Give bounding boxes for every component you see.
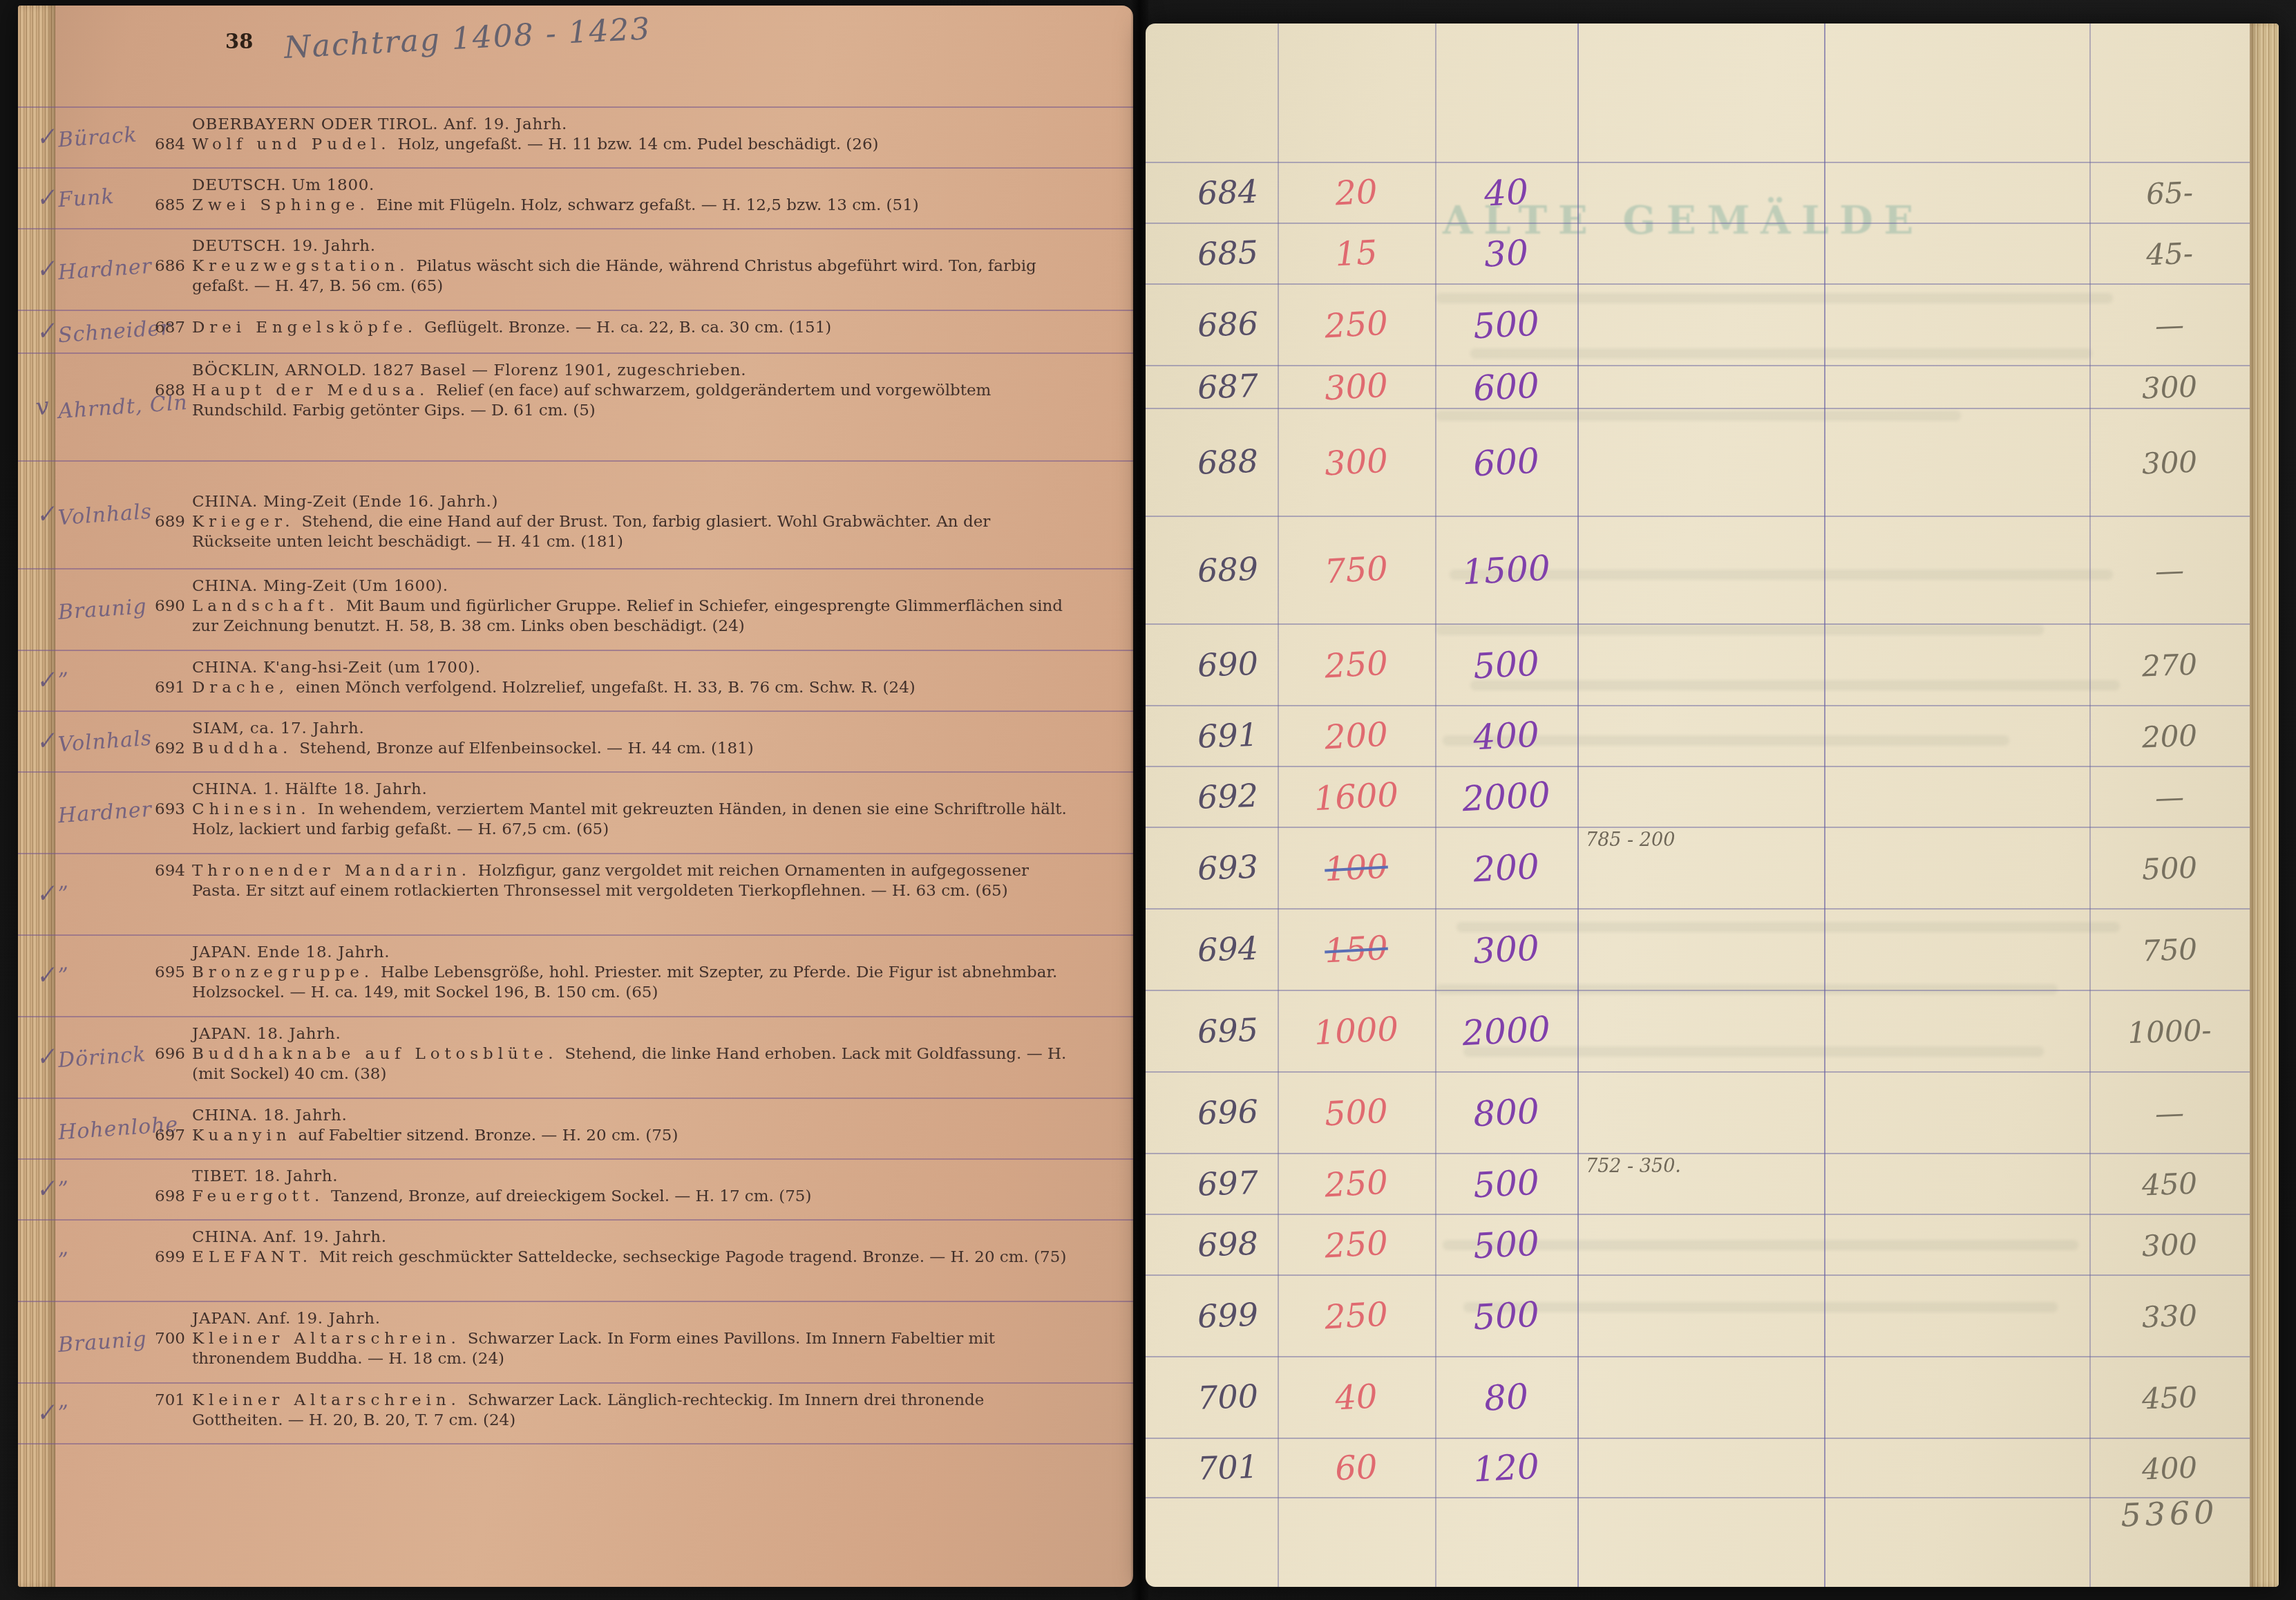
cell-price-red: 40 bbox=[1275, 1353, 1437, 1442]
price-red-value: 250 bbox=[1324, 304, 1389, 346]
check-mark: ✓ bbox=[35, 731, 57, 753]
cell-price-red: 250 bbox=[1276, 1211, 1436, 1279]
entry-heading: SIAM, ca. 17. Jahrh. bbox=[192, 719, 1070, 739]
margin-name-handwritten: ” bbox=[57, 1250, 70, 1271]
catalog-entry: ✓ ” 701 Kleiner Altarschrein.Schwarzer L… bbox=[18, 1384, 1133, 1444]
cell-price-purple: 600 bbox=[1432, 406, 1580, 520]
cell-pencil-result: 750 bbox=[2088, 907, 2251, 992]
check-mark: ✓ bbox=[35, 1178, 57, 1201]
catalog-entry: ✓ Schneider 687 Drei Engelsköpfe.Geflüge… bbox=[18, 311, 1133, 354]
cell-lot-number: 693 bbox=[1146, 826, 1279, 911]
cell-pencil-note bbox=[1580, 625, 1822, 705]
page-footer: 38 Nachtrag 1408 - 1423 bbox=[225, 21, 1133, 83]
entry-body: 696 Buddhaknabe auf Lotosblüte.Stehend, … bbox=[192, 1044, 1070, 1084]
cell-price-red: 20 bbox=[1276, 159, 1436, 227]
entry-text: einen Mönch verfolgend. Holzrelief, unge… bbox=[296, 679, 915, 697]
catalog-entry: v Ahrndt, Cln BÖCKLIN, ARNOLD. 1827 Base… bbox=[18, 354, 1133, 462]
entry-heading: CHINA. Ming-Zeit (Um 1600). bbox=[192, 576, 1070, 596]
cell-price-red: 1600 bbox=[1276, 763, 1436, 831]
catalog-entry: ✓ Dörinck JAPAN. 18. Jahrh. 696 Buddhakn… bbox=[18, 1017, 1133, 1099]
cell-lot-number: 687 bbox=[1146, 364, 1278, 411]
cell-lot-number: 686 bbox=[1146, 283, 1279, 368]
entry-text: Eine mit Flügeln. Holz, schwarz gefaßt. … bbox=[377, 196, 919, 214]
entry-heading: CHINA. K'ang-hsi-Zeit (um 1700). bbox=[192, 658, 1070, 678]
price-red-value: 15 bbox=[1334, 233, 1378, 274]
cell-pencil-result: 330 bbox=[2088, 1273, 2251, 1359]
entry-body: 699 ELEFANT.Mit reich geschmückter Satte… bbox=[192, 1248, 1070, 1268]
check-mark: ✓ bbox=[35, 258, 57, 281]
page-number: 38 bbox=[225, 30, 253, 53]
cell-lot-number: 690 bbox=[1146, 623, 1279, 708]
entry-heading: CHINA. Anf. 19. Jahrh. bbox=[192, 1227, 1070, 1248]
cell-price-red: 1000 bbox=[1275, 987, 1437, 1075]
cell-price-purple: 300 bbox=[1433, 906, 1579, 994]
price-red-value: 1600 bbox=[1313, 775, 1400, 818]
catalog-entry: Braunig JAPAN. Anf. 19. Jahrh. 700 Klein… bbox=[18, 1302, 1133, 1384]
entry-title: Drache, bbox=[192, 679, 289, 697]
ledger-total: 5360 bbox=[2088, 1475, 2250, 1552]
ledger-row: 690 250 500 270 bbox=[1146, 623, 2250, 705]
margin-name-handwritten: Hardner bbox=[57, 800, 153, 826]
cell-lot-number: 691 bbox=[1146, 704, 1278, 769]
entry-heading: CHINA. 1. Hälfte 18. Jahrh. bbox=[192, 780, 1070, 800]
entry-title: Bronzegruppe. bbox=[192, 963, 374, 981]
cell-lot-number: 694 bbox=[1146, 907, 1279, 992]
entry-heading: JAPAN. Anf. 19. Jahrh. bbox=[192, 1309, 1070, 1329]
price-red-value: 500 bbox=[1324, 1092, 1389, 1134]
entry-title: Haupt der Medusa. bbox=[192, 382, 429, 399]
check-mark: ✓ bbox=[35, 1046, 57, 1069]
ledger-row: 685 15 30 45- bbox=[1146, 223, 2250, 283]
entry-title: Kleiner Altarschrein. bbox=[192, 1391, 461, 1409]
price-red-value: 250 bbox=[1324, 644, 1389, 686]
margin-name-handwritten: Funk bbox=[57, 187, 115, 211]
price-red-value: 300 bbox=[1324, 366, 1389, 408]
cell-price-purple: 2000 bbox=[1434, 764, 1579, 831]
cell-pencil-note bbox=[1580, 910, 1822, 990]
cell-pencil-note bbox=[1580, 285, 1822, 365]
catalog-entry: ✓ ” 694 Thronender Mandarin.Holzfigur, g… bbox=[18, 854, 1133, 936]
price-red-value: 100 bbox=[1324, 847, 1389, 890]
price-red-value: 20 bbox=[1334, 172, 1378, 213]
lot-number: 699 bbox=[146, 1248, 185, 1268]
cell-pencil-note: 785 - 200 bbox=[1580, 828, 1822, 908]
lot-number: 695 bbox=[146, 963, 185, 983]
entry-body: 692 Buddha.Stehend, Bronze auf Elfenbein… bbox=[192, 739, 1070, 759]
lot-number: 688 bbox=[146, 381, 185, 401]
cell-lot-number: 700 bbox=[1146, 1355, 1279, 1440]
cell-price-red: 750 bbox=[1275, 513, 1438, 628]
cell-lot-number: 697 bbox=[1146, 1152, 1278, 1216]
entry-title: Krieger. bbox=[192, 513, 294, 531]
cell-pencil-result: — bbox=[2088, 282, 2251, 368]
book-scan: { "left_page": { "page_number": "38", "f… bbox=[0, 0, 2296, 1600]
lot-number: 696 bbox=[146, 1044, 185, 1064]
entry-body: 684 Wolf und Pudel.Holz, ungefaßt. — H. … bbox=[192, 135, 1070, 155]
entry-text: Holz, ungefaßt. — H. 11 bzw. 14 cm. Pude… bbox=[398, 135, 879, 153]
cell-pencil-result: 300 bbox=[2087, 406, 2251, 518]
cell-pencil-note: 752 - 350. bbox=[1580, 1154, 1822, 1214]
cell-price-purple: 500 bbox=[1434, 1151, 1579, 1218]
cell-price-purple: 2000 bbox=[1433, 988, 1579, 1075]
cell-pencil-result: 45- bbox=[2089, 221, 2251, 286]
cell-price-red: 250 bbox=[1275, 621, 1437, 709]
check-mark: ✓ bbox=[35, 187, 57, 210]
entry-body: 698 Feuergott.Tanzend, Bronze, auf dreie… bbox=[192, 1187, 1070, 1207]
cell-price-purple: 40 bbox=[1434, 160, 1579, 227]
lot-number: 697 bbox=[146, 1126, 185, 1146]
entry-body: 690 Landschaft.Mit Baum und figürlicher … bbox=[192, 596, 1070, 637]
entry-heading: DEUTSCH. 19. Jahrh. bbox=[192, 236, 1070, 256]
cell-price-purple: 500 bbox=[1434, 1212, 1579, 1279]
margin-name-handwritten: ” bbox=[57, 966, 70, 986]
cell-pencil-result: 450 bbox=[2089, 1151, 2251, 1216]
ledger-row: 684 20 40 65- bbox=[1146, 162, 2250, 223]
cell-price-red: 150 bbox=[1275, 905, 1437, 994]
ledger-row: 687 300 600 300 bbox=[1146, 365, 2250, 408]
entry-heading: JAPAN. 18. Jahrh. bbox=[192, 1024, 1070, 1044]
entry-body: 686 Kreuzwegstation.Pilatus wäscht sich … bbox=[192, 256, 1070, 297]
entry-body: 687 Drei Engelsköpfe.Geflügelt. Bronze. … bbox=[192, 318, 1070, 338]
cell-price-red: 200 bbox=[1276, 702, 1436, 770]
entry-heading: JAPAN. Ende 18. Jahrh. bbox=[192, 943, 1070, 963]
entry-title: Buddhaknabe auf Lotosblüte. bbox=[192, 1045, 558, 1063]
price-red-value: 250 bbox=[1324, 1224, 1389, 1266]
entry-title: Zwei Sphinge. bbox=[192, 196, 370, 214]
ledger-row: 692 1600 2000 — bbox=[1146, 766, 2250, 827]
cell-pencil-note bbox=[1580, 1357, 1822, 1438]
price-red-value: 250 bbox=[1324, 1295, 1389, 1337]
cell-price-purple: 600 bbox=[1434, 363, 1579, 412]
ledger-rows: 684 20 40 65- 685 15 30 45- 686 250 500 … bbox=[1146, 162, 2250, 1498]
cell-price-red: 300 bbox=[1277, 362, 1436, 412]
catalog-entry: ✓ ” CHINA. K'ang-hsi-Zeit (um 1700). 691… bbox=[18, 651, 1133, 712]
cell-price-purple: 800 bbox=[1433, 1069, 1579, 1157]
cell-pencil-result: — bbox=[2089, 764, 2251, 829]
cell-pencil-note bbox=[1580, 1215, 1822, 1274]
entry-text: Stehend, Bronze auf Elfenbeinsockel. — H… bbox=[299, 740, 754, 757]
ledger-row: 688 300 600 300 bbox=[1146, 408, 2250, 516]
ledger-row: 693 100 200 785 - 200 500 bbox=[1146, 827, 2250, 908]
catalog-entry: ✓ Volnhals CHINA. Ming-Zeit (Ende 16. Ja… bbox=[18, 462, 1133, 570]
lot-number: 691 bbox=[146, 678, 185, 698]
entry-title: Buddha. bbox=[192, 740, 292, 757]
cell-price-purple: 400 bbox=[1434, 703, 1579, 770]
check-mark: ✓ bbox=[35, 670, 57, 693]
ledger-page: ALTE GEMÄLDE 684 20 40 65- 685 15 30 bbox=[1146, 23, 2279, 1587]
cell-pencil-result: — bbox=[2088, 1070, 2251, 1156]
cell-lot-number: 699 bbox=[1146, 1274, 1279, 1359]
ledger-row: 697 250 500 752 - 350. 450 bbox=[1146, 1153, 2250, 1214]
lot-number: 685 bbox=[146, 196, 185, 216]
cell-pencil-result: 300 bbox=[2089, 1212, 2251, 1277]
catalog-entry-list: ✓ Bürack OBERBAYERN ODER TIROL. Anf. 19.… bbox=[18, 106, 1133, 1444]
lot-number: 701 bbox=[146, 1391, 185, 1411]
entry-text: In wehendem, verziertem Mantel mit gekre… bbox=[192, 800, 1067, 838]
entry-body: 695 Bronzegruppe.Halbe Lebensgröße, hohl… bbox=[192, 963, 1070, 1003]
lot-number: 687 bbox=[146, 318, 185, 338]
cell-price-purple: 500 bbox=[1433, 281, 1579, 369]
cell-pencil-result: 300 bbox=[2089, 364, 2250, 411]
cell-pencil-result: 65- bbox=[2089, 160, 2251, 225]
cell-lot-number: 688 bbox=[1146, 407, 1280, 518]
cell-price-red: 250 bbox=[1275, 1272, 1437, 1360]
entry-title: Feuergott. bbox=[192, 1187, 324, 1205]
entry-title: Kuanyin bbox=[192, 1127, 291, 1145]
cell-pencil-note bbox=[1580, 991, 1822, 1071]
catalog-entry: Hardner CHINA. 1. Hälfte 18. Jahrh. 693 … bbox=[18, 773, 1133, 854]
entry-text: Geflügelt. Bronze. — H. ca. 22, B. ca. 3… bbox=[424, 319, 831, 337]
cell-price-red: 500 bbox=[1275, 1069, 1437, 1157]
ledger-row: 700 40 80 450 bbox=[1146, 1356, 2250, 1438]
price-red-value: 150 bbox=[1324, 929, 1389, 971]
cell-pencil-result: 270 bbox=[2088, 622, 2251, 708]
entry-title: Landschaft. bbox=[192, 597, 339, 615]
cell-price-red: 300 bbox=[1275, 405, 1438, 520]
ledger-row: 698 250 500 300 bbox=[1146, 1214, 2250, 1274]
lot-number: 700 bbox=[146, 1329, 185, 1349]
page-stack-edge bbox=[2250, 23, 2279, 1587]
margin-name-handwritten: ” bbox=[57, 670, 70, 691]
margin-name-handwritten: ” bbox=[57, 1403, 70, 1424]
price-red-value: 250 bbox=[1324, 1163, 1389, 1205]
catalog-entry: Hohenlohe CHINA. 18. Jahrh. 697 Kuanyina… bbox=[18, 1099, 1133, 1160]
entry-text: auf Fabeltier sitzend. Bronze. — H. 20 c… bbox=[298, 1127, 678, 1145]
check-mark: ✓ bbox=[35, 504, 57, 527]
cell-pencil-note bbox=[1580, 163, 1822, 223]
ledger-row: 699 250 500 330 bbox=[1146, 1274, 2250, 1356]
cell-price-purple: 500 bbox=[1433, 621, 1579, 709]
entry-heading: DEUTSCH. Um 1800. bbox=[192, 176, 1070, 196]
entry-title: ELEFANT. bbox=[192, 1248, 312, 1266]
margin-name-handwritten: Braunig bbox=[57, 596, 147, 623]
cell-lot-number: 685 bbox=[1146, 222, 1278, 286]
price-red-value: 40 bbox=[1334, 1377, 1378, 1418]
entry-heading: CHINA. 18. Jahrh. bbox=[192, 1106, 1070, 1126]
check-mark: ✓ bbox=[35, 126, 57, 149]
price-red-value: 750 bbox=[1324, 549, 1389, 592]
ledger-row: 689 750 1500 — bbox=[1146, 516, 2250, 623]
ledger-row: 696 500 800 — bbox=[1146, 1071, 2250, 1153]
cell-pencil-result: 500 bbox=[2088, 825, 2251, 911]
entry-heading: OBERBAYERN ODER TIROL. Anf. 19. Jahrh. bbox=[192, 115, 1070, 135]
cell-price-purple: 500 bbox=[1433, 1272, 1579, 1360]
footer-note-handwritten: Nachtrag 1408 - 1423 bbox=[283, 11, 652, 66]
cell-price-purple: 200 bbox=[1433, 825, 1579, 912]
catalog-entry: ✓ Bürack OBERBAYERN ODER TIROL. Anf. 19.… bbox=[18, 108, 1133, 169]
entry-body: 685 Zwei Sphinge.Eine mit Flügeln. Holz,… bbox=[192, 196, 1070, 216]
entry-body: 691 Drache,einen Mönch verfolgend. Holzr… bbox=[192, 678, 1070, 698]
ledger-row: 695 1000 2000 1000- bbox=[1146, 990, 2250, 1071]
cell-pencil-note bbox=[1580, 517, 1822, 623]
catalog-entry: ” CHINA. Anf. 19. Jahrh. 699 ELEFANT.Mit… bbox=[18, 1221, 1133, 1302]
lot-number: 684 bbox=[146, 135, 185, 155]
margin-name-handwritten: Bürack bbox=[57, 125, 137, 151]
cell-price-purple: 80 bbox=[1433, 1354, 1579, 1442]
margin-name-handwritten: Hardner bbox=[57, 256, 153, 283]
ledger-row: 694 150 300 750 bbox=[1146, 908, 2250, 990]
lot-number: 694 bbox=[146, 861, 185, 881]
entry-body: 701 Kleiner Altarschrein.Schwarzer Lack.… bbox=[192, 1391, 1070, 1431]
catalog-entry: Braunig CHINA. Ming-Zeit (Um 1600). 690 … bbox=[18, 570, 1133, 651]
margin-name-handwritten: Dörinck bbox=[57, 1044, 146, 1071]
ledger-total-row: 5360 bbox=[1146, 1478, 2250, 1550]
entry-title: Thronender Mandarin. bbox=[192, 862, 471, 880]
check-mark: ✓ bbox=[35, 965, 57, 988]
catalog-entry: ✓ Hardner DEUTSCH. 19. Jahrh. 686 Kreuzw… bbox=[18, 229, 1133, 311]
lot-number: 692 bbox=[146, 739, 185, 759]
entry-body: 697 Kuanyinauf Fabeltier sitzend. Bronze… bbox=[192, 1126, 1070, 1146]
entry-body: 688 Haupt der Medusa.Relief (en face) au… bbox=[192, 381, 1070, 421]
entry-heading: CHINA. Ming-Zeit (Ende 16. Jahrh.) bbox=[192, 492, 1070, 512]
entry-body: 700 Kleiner Altarschrein.Schwarzer Lack.… bbox=[192, 1329, 1070, 1369]
margin-name-handwritten: Volnhals bbox=[57, 728, 153, 755]
ledger-row: 691 200 400 200 bbox=[1146, 705, 2250, 766]
price-red-value: 200 bbox=[1324, 715, 1389, 757]
price-red-value: 300 bbox=[1324, 442, 1389, 484]
catalog-entry: ✓ Funk DEUTSCH. Um 1800. 685 Zwei Sphing… bbox=[18, 169, 1133, 229]
entry-body: 694 Thronender Mandarin.Holzfigur, ganz … bbox=[192, 861, 1070, 901]
entry-body: 689 Krieger.Stehend, die eine Hand auf d… bbox=[192, 512, 1070, 552]
cell-lot-number: 689 bbox=[1146, 515, 1280, 626]
margin-name-handwritten: ” bbox=[57, 884, 70, 905]
entry-body: 693 Chinesin.In wehendem, verziertem Man… bbox=[192, 800, 1070, 840]
entry-text: Mit reich geschmückter Satteldecke, sech… bbox=[319, 1248, 1066, 1266]
check-mark: ✓ bbox=[35, 321, 57, 343]
entry-title: Chinesin. bbox=[192, 800, 311, 818]
cell-pencil-note bbox=[1580, 1073, 1822, 1153]
check-mark: v bbox=[35, 396, 50, 417]
lot-number: 689 bbox=[146, 512, 185, 532]
cell-pencil-note bbox=[1580, 224, 1822, 283]
check-mark: ✓ bbox=[35, 1402, 57, 1425]
lot-number: 698 bbox=[146, 1187, 185, 1207]
cell-pencil-result: 1000- bbox=[2088, 988, 2251, 1074]
cell-lot-number: 696 bbox=[1146, 1071, 1279, 1156]
entry-text: Stehend, die eine Hand auf der Brust. To… bbox=[192, 513, 990, 551]
cell-price-red: 100 bbox=[1275, 824, 1437, 912]
entry-heading: TIBET. 18. Jahrh. bbox=[192, 1167, 1070, 1187]
lot-number: 686 bbox=[146, 256, 185, 276]
ledger-row: 686 250 500 — bbox=[1146, 283, 2250, 365]
catalog-page: ✓ Bürack OBERBAYERN ODER TIROL. Anf. 19.… bbox=[18, 6, 1133, 1587]
cell-lot-number: 698 bbox=[1146, 1213, 1278, 1277]
check-mark: ✓ bbox=[35, 883, 57, 906]
entry-title: Kleiner Altarschrein. bbox=[192, 1330, 461, 1348]
cell-lot-number: 692 bbox=[1146, 765, 1278, 829]
cell-pencil-result: — bbox=[2087, 514, 2251, 626]
entry-text: Tanzend, Bronze, auf dreieckigem Sockel.… bbox=[331, 1187, 811, 1205]
cell-pencil-note bbox=[1580, 706, 1822, 766]
cell-price-purple: 1500 bbox=[1432, 514, 1580, 628]
cell-pencil-note bbox=[1580, 1276, 1822, 1356]
catalog-entry: ✓ ” TIBET. 18. Jahrh. 698 Feuergott.Tanz… bbox=[18, 1160, 1133, 1221]
cell-price-red: 250 bbox=[1276, 1150, 1436, 1218]
entry-title: Wolf und Pudel. bbox=[192, 135, 391, 153]
cell-price-purple: 30 bbox=[1434, 220, 1579, 288]
margin-name-handwritten: ” bbox=[57, 1179, 70, 1200]
cell-pencil-note bbox=[1580, 366, 1822, 408]
lot-number: 693 bbox=[146, 800, 185, 820]
lot-number: 690 bbox=[146, 596, 185, 617]
cell-price-red: 15 bbox=[1276, 220, 1436, 288]
cell-lot-number: 695 bbox=[1146, 989, 1279, 1074]
entry-heading: BÖCKLIN, ARNOLD. 1827 Basel — Florenz 19… bbox=[192, 361, 1070, 381]
cell-pencil-note bbox=[1580, 767, 1822, 827]
entry-title: Drei Engelsköpfe. bbox=[192, 319, 417, 337]
catalog-entry: ✓ ” JAPAN. Ende 18. Jahrh. 695 Bronzegru… bbox=[18, 936, 1133, 1017]
cell-price-red: 250 bbox=[1275, 281, 1437, 369]
catalog-entry: ✓ Volnhals SIAM, ca. 17. Jahrh. 692 Budd… bbox=[18, 712, 1133, 773]
cell-pencil-result: 200 bbox=[2089, 704, 2251, 769]
cell-pencil-result: 450 bbox=[2088, 1355, 2251, 1440]
margin-name-handwritten: Volnhals bbox=[57, 502, 153, 528]
entry-title: Kreuzwegstation. bbox=[192, 257, 409, 275]
margin-name-handwritten: Braunig bbox=[57, 1329, 147, 1355]
price-red-value: 1000 bbox=[1313, 1010, 1400, 1053]
cell-pencil-note bbox=[1580, 409, 1822, 516]
cell-lot-number: 684 bbox=[1146, 161, 1278, 225]
